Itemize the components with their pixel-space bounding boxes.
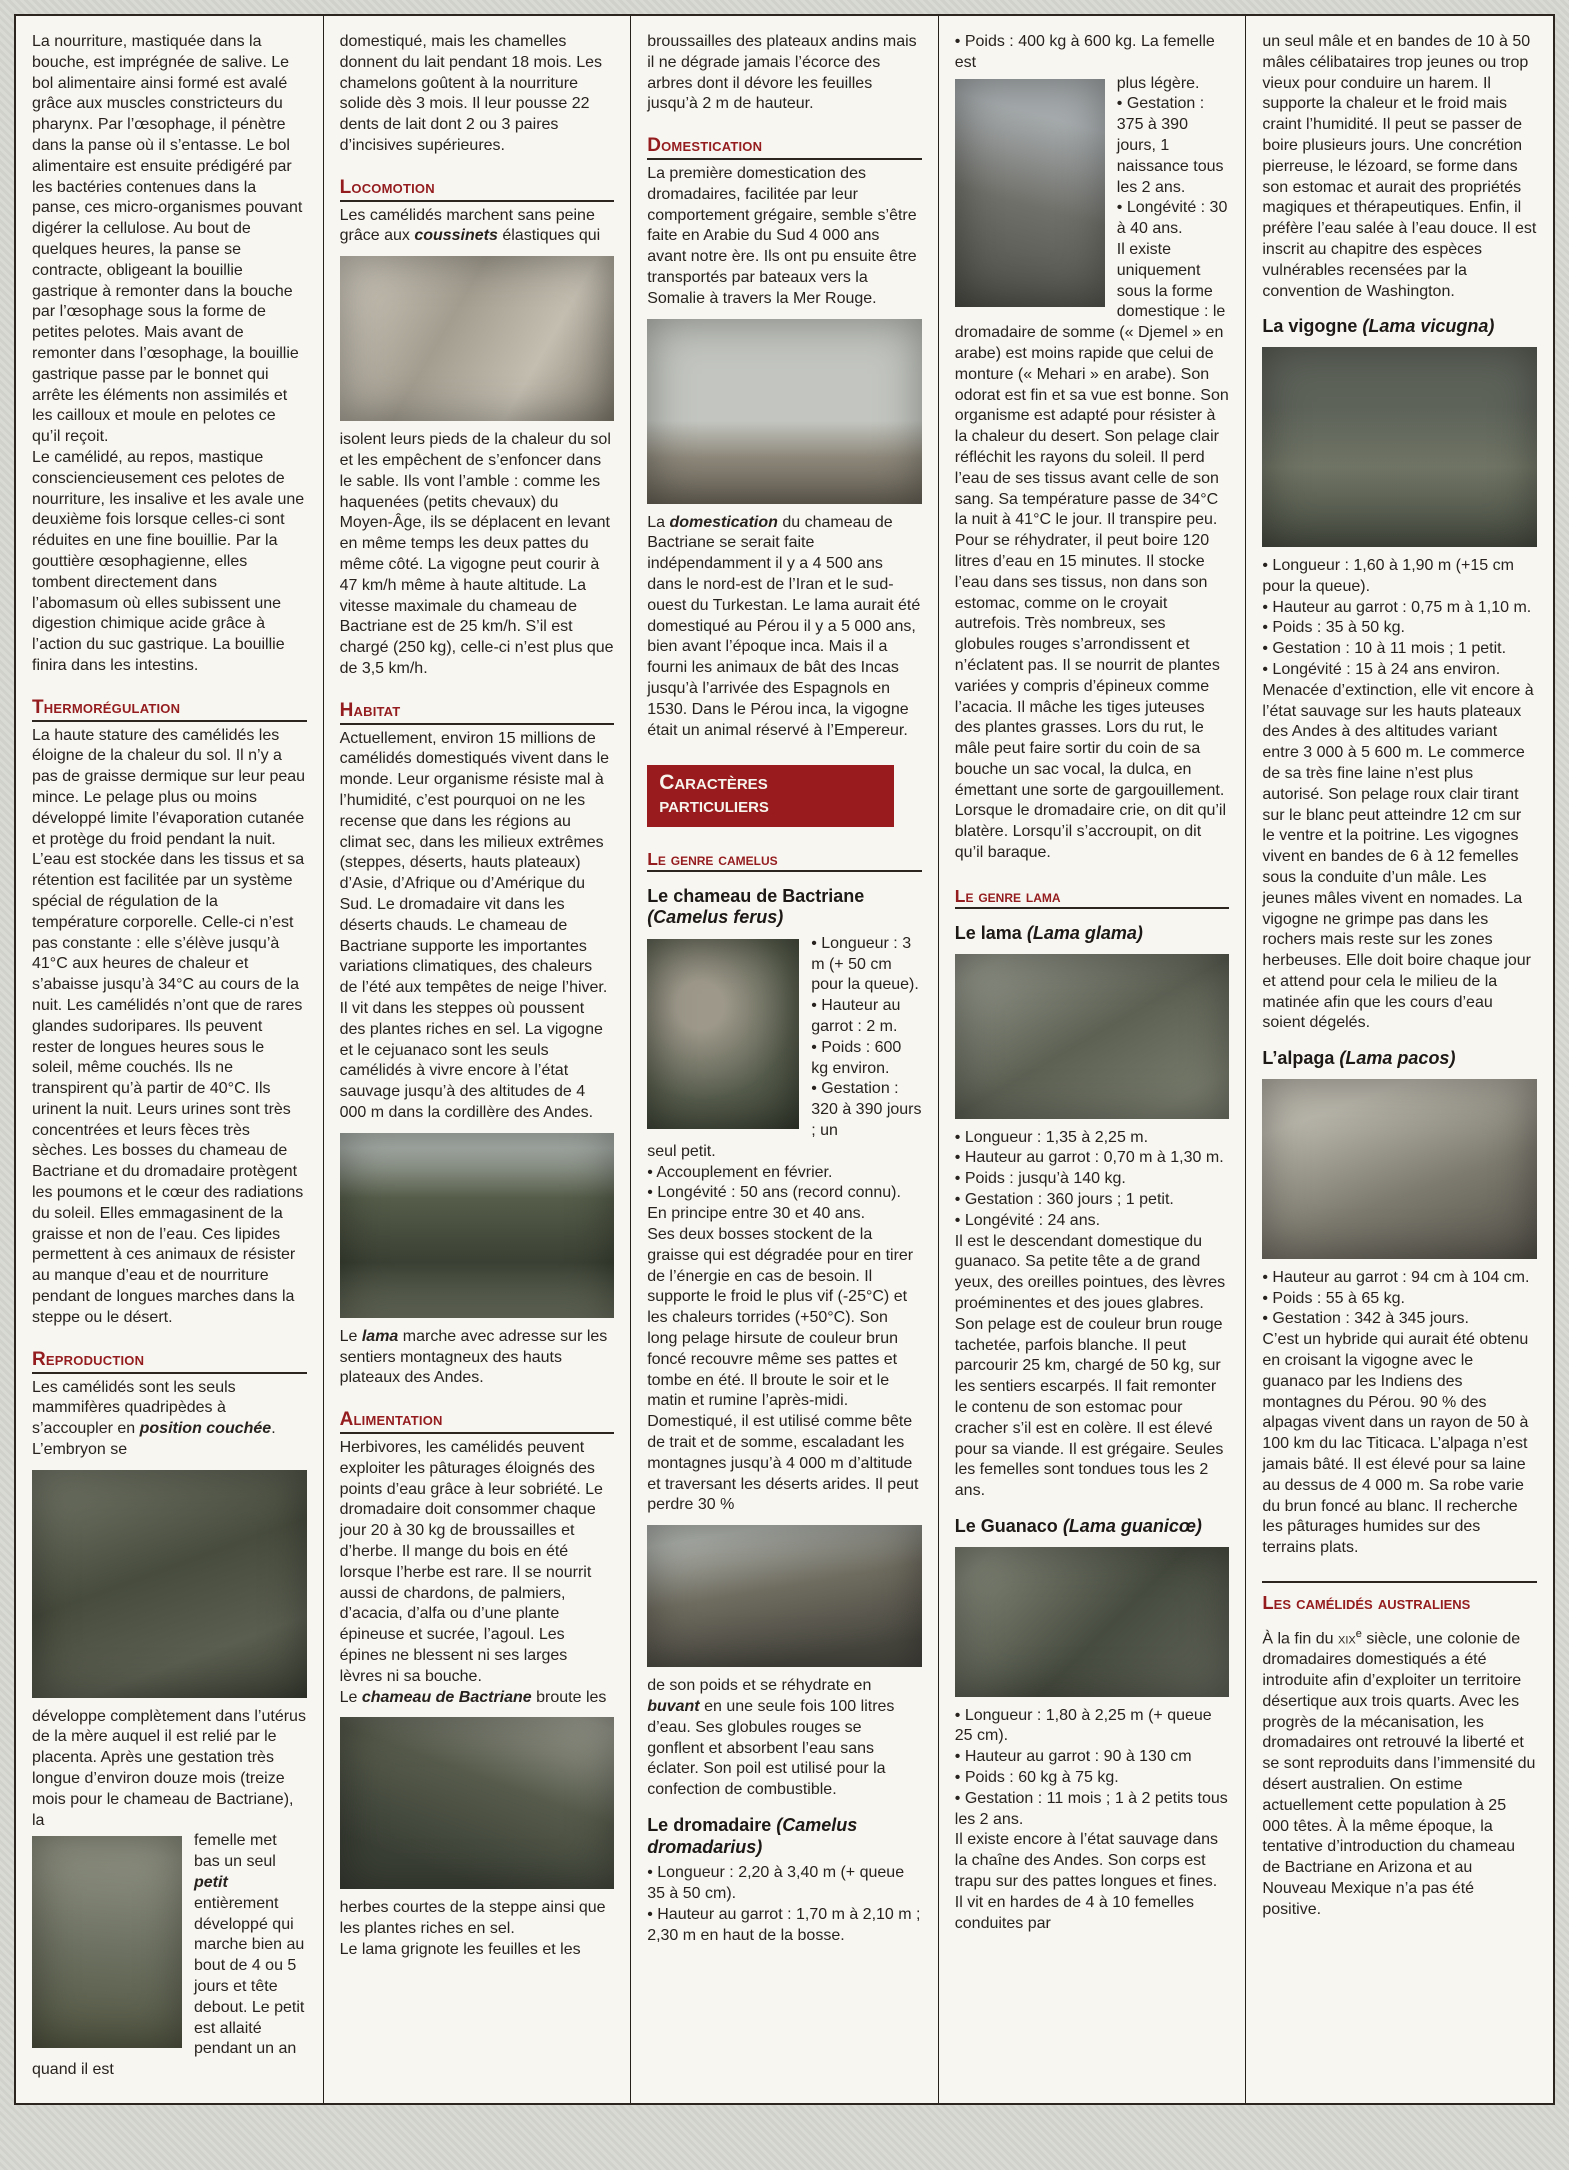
photo-lama-machu-picchu [340, 1133, 615, 1318]
digestion-paragraph-1: La nourriture, mastiquée dans la bouche,… [32, 32, 307, 448]
photo-foot-pads-sand [340, 256, 615, 421]
latin-lama-glama: (Lama glama) [1027, 923, 1143, 943]
reproduction-intro: Les camélidés sont les seuls mammifères … [32, 1378, 307, 1461]
latin-lama-guanicoe: (Lama guanicœ) [1063, 1516, 1202, 1536]
emphasis-buvant: buvant [647, 1698, 699, 1715]
dromedary-paragraph: Il existe uniquement sous la forme domes… [955, 240, 1230, 864]
digestion-paragraph-2: Le camélidé, au repos, mastique conscien… [32, 448, 307, 677]
guanaco-height: • Hauteur au garrot : 90 à 130 cm [955, 1747, 1230, 1768]
grazing-continuation: herbes courtes de la steppe ainsi que le… [340, 1898, 615, 1940]
lama-gestation: • Gestation : 360 jours ; 1 petit. [955, 1190, 1230, 1211]
photo-camels-drinking [647, 1525, 922, 1667]
locomotion-paragraph: isolent leurs pieds de la chaleur du sol… [340, 430, 615, 680]
reproduction-paragraph: développe complètement dans l’utérus de … [32, 1707, 307, 1832]
thermoregulation-paragraph: La haute stature des camélidés les éloig… [32, 726, 307, 1329]
photo-man-leading-camel [647, 319, 922, 504]
photo-dromedary-profile [955, 79, 1105, 307]
alpaca-weight: • Poids : 55 à 65 kg. [1262, 1289, 1537, 1310]
species-vicuna: La vigogne (Lama vicugna) [1262, 316, 1537, 338]
alpaca-gestation: • Gestation : 342 à 345 jours. [1262, 1309, 1537, 1330]
vicuna-weight: • Poids : 35 à 50 kg. [1262, 618, 1537, 639]
lama-caption: Le lama marche avec adresse sur les sent… [340, 1327, 615, 1389]
emphasis-chameau-bactriane: chameau de Bactriane [362, 1689, 532, 1706]
column-1: La nourriture, mastiquée dans la bouche,… [16, 16, 323, 2103]
photo-lama-herd [955, 954, 1230, 1119]
alpaca-paragraph: C’est un hybride qui aurait été obtenu e… [1262, 1330, 1537, 1559]
alimentation-paragraph: Herbivores, les camélidés peuvent exploi… [340, 1438, 615, 1688]
dromedary-height: • Hauteur au garrot : 1,70 m à 2,10 m ; … [647, 1905, 922, 1947]
section-domestication: Domestication [647, 135, 922, 160]
emphasis-lama: lama [362, 1328, 398, 1345]
species-alpaca: L’alpaga (Lama pacos) [1262, 1048, 1537, 1070]
bactrian-paragraph: Ses deux bosses stockent de la graisse q… [647, 1225, 922, 1516]
column-5: un seul mâle et en bandes de 10 à 50 mâl… [1245, 16, 1553, 2103]
photo-camel-grazing [340, 1717, 615, 1889]
column-3: broussailles des plateaux andins mais il… [630, 16, 938, 2103]
species-bactrian-camel: Le chameau de Bactriane (Camelus ferus) [647, 886, 922, 929]
dromedary-weight: • Poids : 400 kg à 600 kg. La femelle es… [955, 32, 1230, 74]
guanaco-weight: • Poids : 60 kg à 75 kg. [955, 1768, 1230, 1789]
lama-height: • Hauteur au garrot : 0,70 m à 1,30 m. [955, 1148, 1230, 1169]
emphasis-position-couchee: position couchée [140, 1420, 272, 1437]
latin-camelus-ferus: (Camelus ferus) [647, 907, 783, 927]
vicuna-length: • Longueur : 1,60 à 1,90 m (+15 cm pour … [1262, 556, 1537, 598]
photo-alpaca-herd [1262, 1079, 1537, 1259]
section-thermoregulation: Thermorégulation [32, 697, 307, 722]
encyclopedia-page: La nourriture, mastiquée dans la bouche,… [14, 14, 1555, 2105]
bactrian-longevity: • Longévité : 50 ans (record connu). En … [647, 1183, 922, 1225]
column-2: domestiqué, mais les chamelles donnent d… [323, 16, 631, 2103]
photo-bactrian-camel-head [647, 939, 799, 1129]
domestication-paragraph-2: La domestication du chameau de Bactriane… [647, 513, 922, 742]
australian-camelids-title: Les camélidés australiens [1262, 1591, 1537, 1615]
bactrian-gestation-cont: seul petit. [647, 1142, 922, 1163]
banner-caracteres-particuliers: Caractères particuliers [647, 765, 894, 826]
emphasis-coussinets: coussinets [414, 227, 498, 244]
lama-length: • Longueur : 1,35 à 2,25 m. [955, 1128, 1230, 1149]
alpaca-height: • Hauteur au garrot : 94 cm à 104 cm. [1262, 1268, 1537, 1289]
australian-camelids-box: Les camélidés australiens À la fin du xi… [1262, 1581, 1537, 1921]
bactrian-mating: • Accouplement en février. [647, 1163, 922, 1184]
lama-nibbles-line: Le lama grignote les feuilles et les [340, 1940, 615, 1961]
lama-weight: • Poids : jusqu’à 140 kg. [955, 1169, 1230, 1190]
lama-paragraph: Il est le descendant domestique du guana… [955, 1232, 1230, 1502]
bactriane-grazing-intro: Le chameau de Bactriane broute les [340, 1688, 615, 1709]
column-4: • Poids : 400 kg à 600 kg. La femelle es… [938, 16, 1246, 2103]
habitat-paragraph: Actuellement, environ 15 millions de cam… [340, 729, 615, 1124]
photo-vicuna [1262, 347, 1537, 547]
species-guanaco: Le Guanaco (Lama guanicœ) [955, 1516, 1230, 1538]
vicuna-paragraph: Menacée d’extinction, elle vit encore à … [1262, 681, 1537, 1035]
photo-mating-camelids [32, 1470, 307, 1698]
lama-longevity: • Longévité : 24 ans. [955, 1211, 1230, 1232]
milk-paragraph: domestiqué, mais les chamelles donnent d… [340, 32, 615, 157]
section-alimentation: Alimentation [340, 1409, 615, 1434]
genus-lama-header: Le genre lama [955, 886, 1230, 909]
andean-brush-paragraph: broussailles des plateaux andins mais il… [647, 32, 922, 115]
vicuna-height: • Hauteur au garrot : 0,75 m à 1,10 m. [1262, 598, 1537, 619]
genus-camelus-header: Le genre camelus [647, 849, 922, 872]
locomotion-intro: Les camélidés marchent sans peine grâce … [340, 206, 615, 248]
dromedary-length: • Longueur : 2,20 à 3,40 m (+ queue 35 à… [647, 1863, 922, 1905]
section-reproduction: Reproduction [32, 1349, 307, 1374]
species-lama: Le lama (Lama glama) [955, 923, 1230, 945]
domestication-paragraph-1: La première domestication des dromadaire… [647, 164, 922, 310]
species-dromedary: Le dromadaire (Camelus dromadarius) [647, 1815, 922, 1858]
guanaco-gestation: • Gestation : 11 mois ; 1 à 2 petits tou… [955, 1789, 1230, 1831]
guanaco-paragraph: Il existe encore à l’état sauvage dans l… [955, 1830, 1230, 1934]
rehydration-paragraph: de son poids et se réhydrate en buvant e… [647, 1676, 922, 1801]
smallcaps-xix: xix [1338, 1630, 1356, 1647]
australian-camelids-paragraph: À la fin du xixe siècle, une colonie de … [1262, 1627, 1537, 1920]
guanaco-length: • Longueur : 1,80 à 2,25 m (+ queue 25 c… [955, 1706, 1230, 1748]
photo-guanaco-with-young [32, 1836, 182, 2048]
latin-lama-vicugna: (Lama vicugna) [1362, 316, 1494, 336]
section-habitat: Habitat [340, 700, 615, 725]
section-locomotion: Locomotion [340, 177, 615, 202]
guanaco-social-paragraph: un seul mâle et en bandes de 10 à 50 mâl… [1262, 32, 1537, 302]
vicuna-longevity: • Longévité : 15 à 24 ans environ. [1262, 660, 1537, 681]
latin-lama-pacos: (Lama pacos) [1339, 1048, 1455, 1068]
emphasis-domestication: domestication [669, 514, 777, 531]
photo-guanaco-pair [955, 1547, 1230, 1697]
vicuna-gestation: • Gestation : 10 à 11 mois ; 1 petit. [1262, 639, 1537, 660]
emphasis-petit: petit [194, 1874, 228, 1891]
